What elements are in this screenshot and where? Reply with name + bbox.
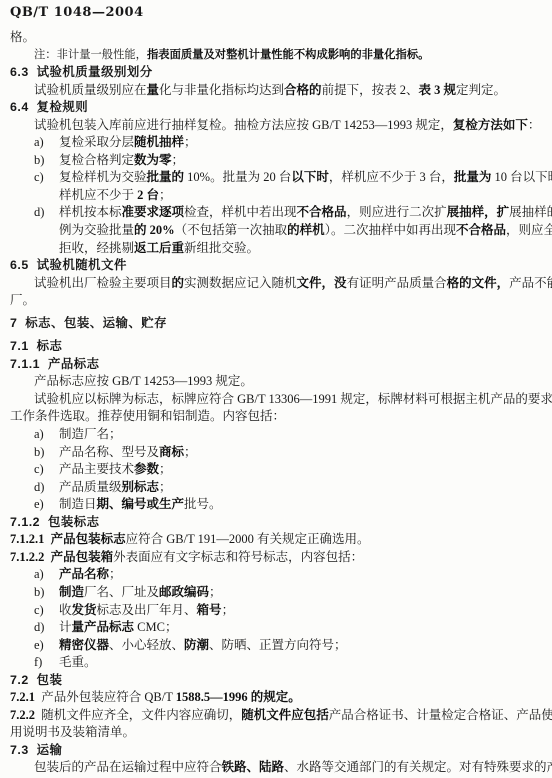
text-line: d)产品质量级别标志； [10,479,546,497]
text-line: 注：非计量一般性能，指表面质量及对整机计量性能不构成影响的非量化指标。 [10,47,546,65]
line-text: 制造厂名、厂址及邮政编码； [59,584,546,602]
text-line: d)计量产品标志 CMC； [10,619,546,637]
line-text: 计量产品标志 CMC； [59,619,546,637]
list-item-label: a) [34,566,59,584]
line-text: 7.3 运输 [10,743,62,757]
list-item-label: e) [34,496,59,514]
text-line: b)复检合格判定数为零； [10,152,546,170]
line-text: 试验机出厂检验主要项目的实测数据应记入随机文件，没有证明产品质量合格的文件，产品… [34,276,552,290]
text-line: 包装后的产品在运输过程中应符合铁路、陆路、水路等交通部门的有关规定。对有特殊要求… [10,759,546,777]
document-page: QB/T 1048—2004 格。注：非计量一般性能，指表面质量及对整机计量性能… [0,0,552,778]
text-line: b)产品名称、型号及商标； [10,444,546,462]
list-item-label: e) [34,637,59,655]
line-text: 拒收，经挑剔返工后重新组批交验。 [59,241,259,255]
section-heading: 7.1 标志 [10,338,546,356]
text-line: 例为交验批量的 20%（不包括第一次抽取的样机）。二次抽样中如再出现不合格品，则… [10,222,546,240]
document-body: 格。注：非计量一般性能，指表面质量及对整机计量性能不构成影响的非量化指标。6.3… [10,29,546,777]
text-line: 7.2.1 产品外包装应符合 QB/T 1588.5—1996 的规定。 [10,689,546,707]
section-heading: 7.1.2 包装标志 [10,514,546,532]
line-text: 7.2.1 产品外包装应符合 QB/T 1588.5—1996 的规定。 [10,690,301,704]
line-text: 7.1.2 包装标志 [10,515,100,529]
text-line: 用说明书及装箱清单。 [10,724,546,742]
line-text: 7.1.1 产品标志 [10,357,100,371]
text-line: c)收发货标志及出厂年月、箱号； [10,602,546,620]
text-line: 厂。 [10,292,546,310]
line-text: 包装后的产品在运输过程中应符合铁路、陆路、水路等交通部门的有关规定。对有特殊要求… [34,760,552,774]
line-text: 试验机包装入库前应进行抽样复检。抽检方法应按 GB/T 14253—1993 规… [34,118,540,132]
text-line: c)复检样机为交验批量的 10%。批量为 20 台以下时，样机应不少于 3 台，… [10,169,546,187]
line-text: 试验机应以标牌为标志，标牌应符合 GB/T 13306—1991 规定，标牌材料… [34,392,552,406]
text-line: 试验机质量级别应在量化与非量化指标均达到合格的前提下，按表 2、表 3 规定判定… [10,82,546,100]
list-item-label: a) [34,134,59,152]
standard-number: QB/T 1048—2004 [10,5,144,20]
text-line: 试验机应以标牌为标志，标牌应符合 GB/T 13306—1991 规定，标牌材料… [10,391,546,409]
line-text: 复检样机为交验批量的 10%。批量为 20 台以下时，样机应不少于 3 台，批量… [59,169,552,187]
line-text: 厂。 [10,293,35,307]
text-line: a)产品名称； [10,566,546,584]
text-line: 试验机出厂检验主要项目的实测数据应记入随机文件，没有证明产品质量合格的文件，产品… [10,275,546,293]
list-item-label: c) [34,602,59,620]
text-line: 产品标志应按 GB/T 14253—1993 规定。 [10,373,546,391]
line-text: 7 标志、包装、运输、贮存 [10,316,167,330]
line-text: 例为交验批量的 20%（不包括第一次抽取的样机）。二次抽样中如再出现不合格品，则… [59,223,552,237]
text-line: 试验机包装入库前应进行抽样复检。抽检方法应按 GB/T 14253—1993 规… [10,117,546,135]
list-item-label: d) [34,479,59,497]
text-line: d)样机按本标准要求逐项检查，样机中若出现不合格品，则应进行二次扩展抽样，扩展抽… [10,204,546,222]
list-item-label: a) [34,426,59,444]
section-heading: 6.5 试验机随机文件 [10,257,546,275]
text-line: e)制造日期、编号或生产批号。 [10,496,546,514]
text-line: 7.2.2 随机文件应齐全，文件内容应确切，随机文件应包括产品合格证书、计量检定… [10,707,546,725]
text-line: f)毛重。 [10,654,546,672]
line-text: 产品名称、型号及商标； [59,444,546,462]
line-text: 收发货标志及出厂年月、箱号； [59,602,546,620]
line-text: 制造日期、编号或生产批号。 [59,496,546,514]
line-text: 7.2.2 随机文件应齐全，文件内容应确切，随机文件应包括产品合格证书、计量检定… [10,708,552,722]
line-text: 7.2 包装 [10,673,62,687]
line-text: 产品质量级别标志； [59,479,546,497]
text-line: 拒收，经挑剔返工后重新组批交验。 [10,240,546,258]
text-line: 样机应不少于 2 台； [10,187,546,205]
line-text: 用说明书及装箱清单。 [10,725,135,739]
list-item-label: b) [34,584,59,602]
line-text: 制造厂名； [59,426,546,444]
line-text: 6.3 试验机质量级别划分 [10,65,153,79]
line-text: 7.1.2.1 产品包装标志应符合 GB/T 191—2000 有关规定正确选用… [10,532,370,546]
list-item-label: c) [34,461,59,479]
text-line: 工作条件选取。推荐使用铜和铝制造。内容包括： [10,408,546,426]
text-line: e)精密仪器、小心轻放、防潮、防晒、正置方向符号； [10,637,546,655]
line-text: 复检采取分层随机抽样； [59,134,546,152]
section-heading: 7 标志、包装、运输、贮存 [10,315,546,333]
line-text: 精密仪器、小心轻放、防潮、防晒、正置方向符号； [59,637,546,655]
section-heading: 7.1.1 产品标志 [10,356,546,374]
text-line: b)制造厂名、厂址及邮政编码； [10,584,546,602]
text-line: 7.1.2.1 产品包装标志应符合 GB/T 191—2000 有关规定正确选用… [10,531,546,549]
line-text: 试验机质量级别应在量化与非量化指标均达到合格的前提下，按表 2、表 3 规定判定… [34,83,506,97]
list-item-label: b) [34,152,59,170]
list-item-label: d) [34,619,59,637]
list-item-label: d) [34,204,59,222]
line-text: 注：非计量一般性能，指表面质量及对整机计量性能不构成影响的非量化指标。 [34,49,429,61]
text-line: 7.1.2.2 产品包装箱外表面应有文字标志和符号标志，内容包括： [10,549,546,567]
list-item-label: f) [34,654,59,672]
line-text: 格。 [10,30,35,44]
list-item-label: b) [34,444,59,462]
line-text: 样机应不少于 2 台； [59,188,172,202]
line-text: 样机按本标准要求逐项检查，样机中若出现不合格品，则应进行二次扩展抽样，扩展抽样的… [59,204,552,222]
list-item-label: c) [34,169,59,187]
text-line: a)制造厂名； [10,426,546,444]
line-text: 毛重。 [59,654,546,672]
section-heading: 7.3 运输 [10,742,546,760]
section-heading: 6.3 试验机质量级别划分 [10,64,546,82]
line-text: 7.1 标志 [10,339,62,353]
text-line: c)产品主要技术参数； [10,461,546,479]
line-text: 6.5 试验机随机文件 [10,258,127,272]
section-heading: 6.4 复检规则 [10,99,546,117]
line-text: 产品标志应按 GB/T 14253—1993 规定。 [34,374,253,388]
line-text: 6.4 复检规则 [10,100,88,114]
text-line: 格。 [10,29,546,47]
line-text: 产品名称； [59,566,546,584]
line-text: 7.1.2.2 产品包装箱外表面应有文字标志和符号标志，内容包括： [10,550,363,564]
section-heading: 7.2 包装 [10,672,546,690]
line-text: 复检合格判定数为零； [59,152,546,170]
line-text: 产品主要技术参数； [59,461,546,479]
line-text: 工作条件选取。推荐使用铜和铝制造。内容包括： [10,409,285,423]
text-line: a)复检采取分层随机抽样； [10,134,546,152]
